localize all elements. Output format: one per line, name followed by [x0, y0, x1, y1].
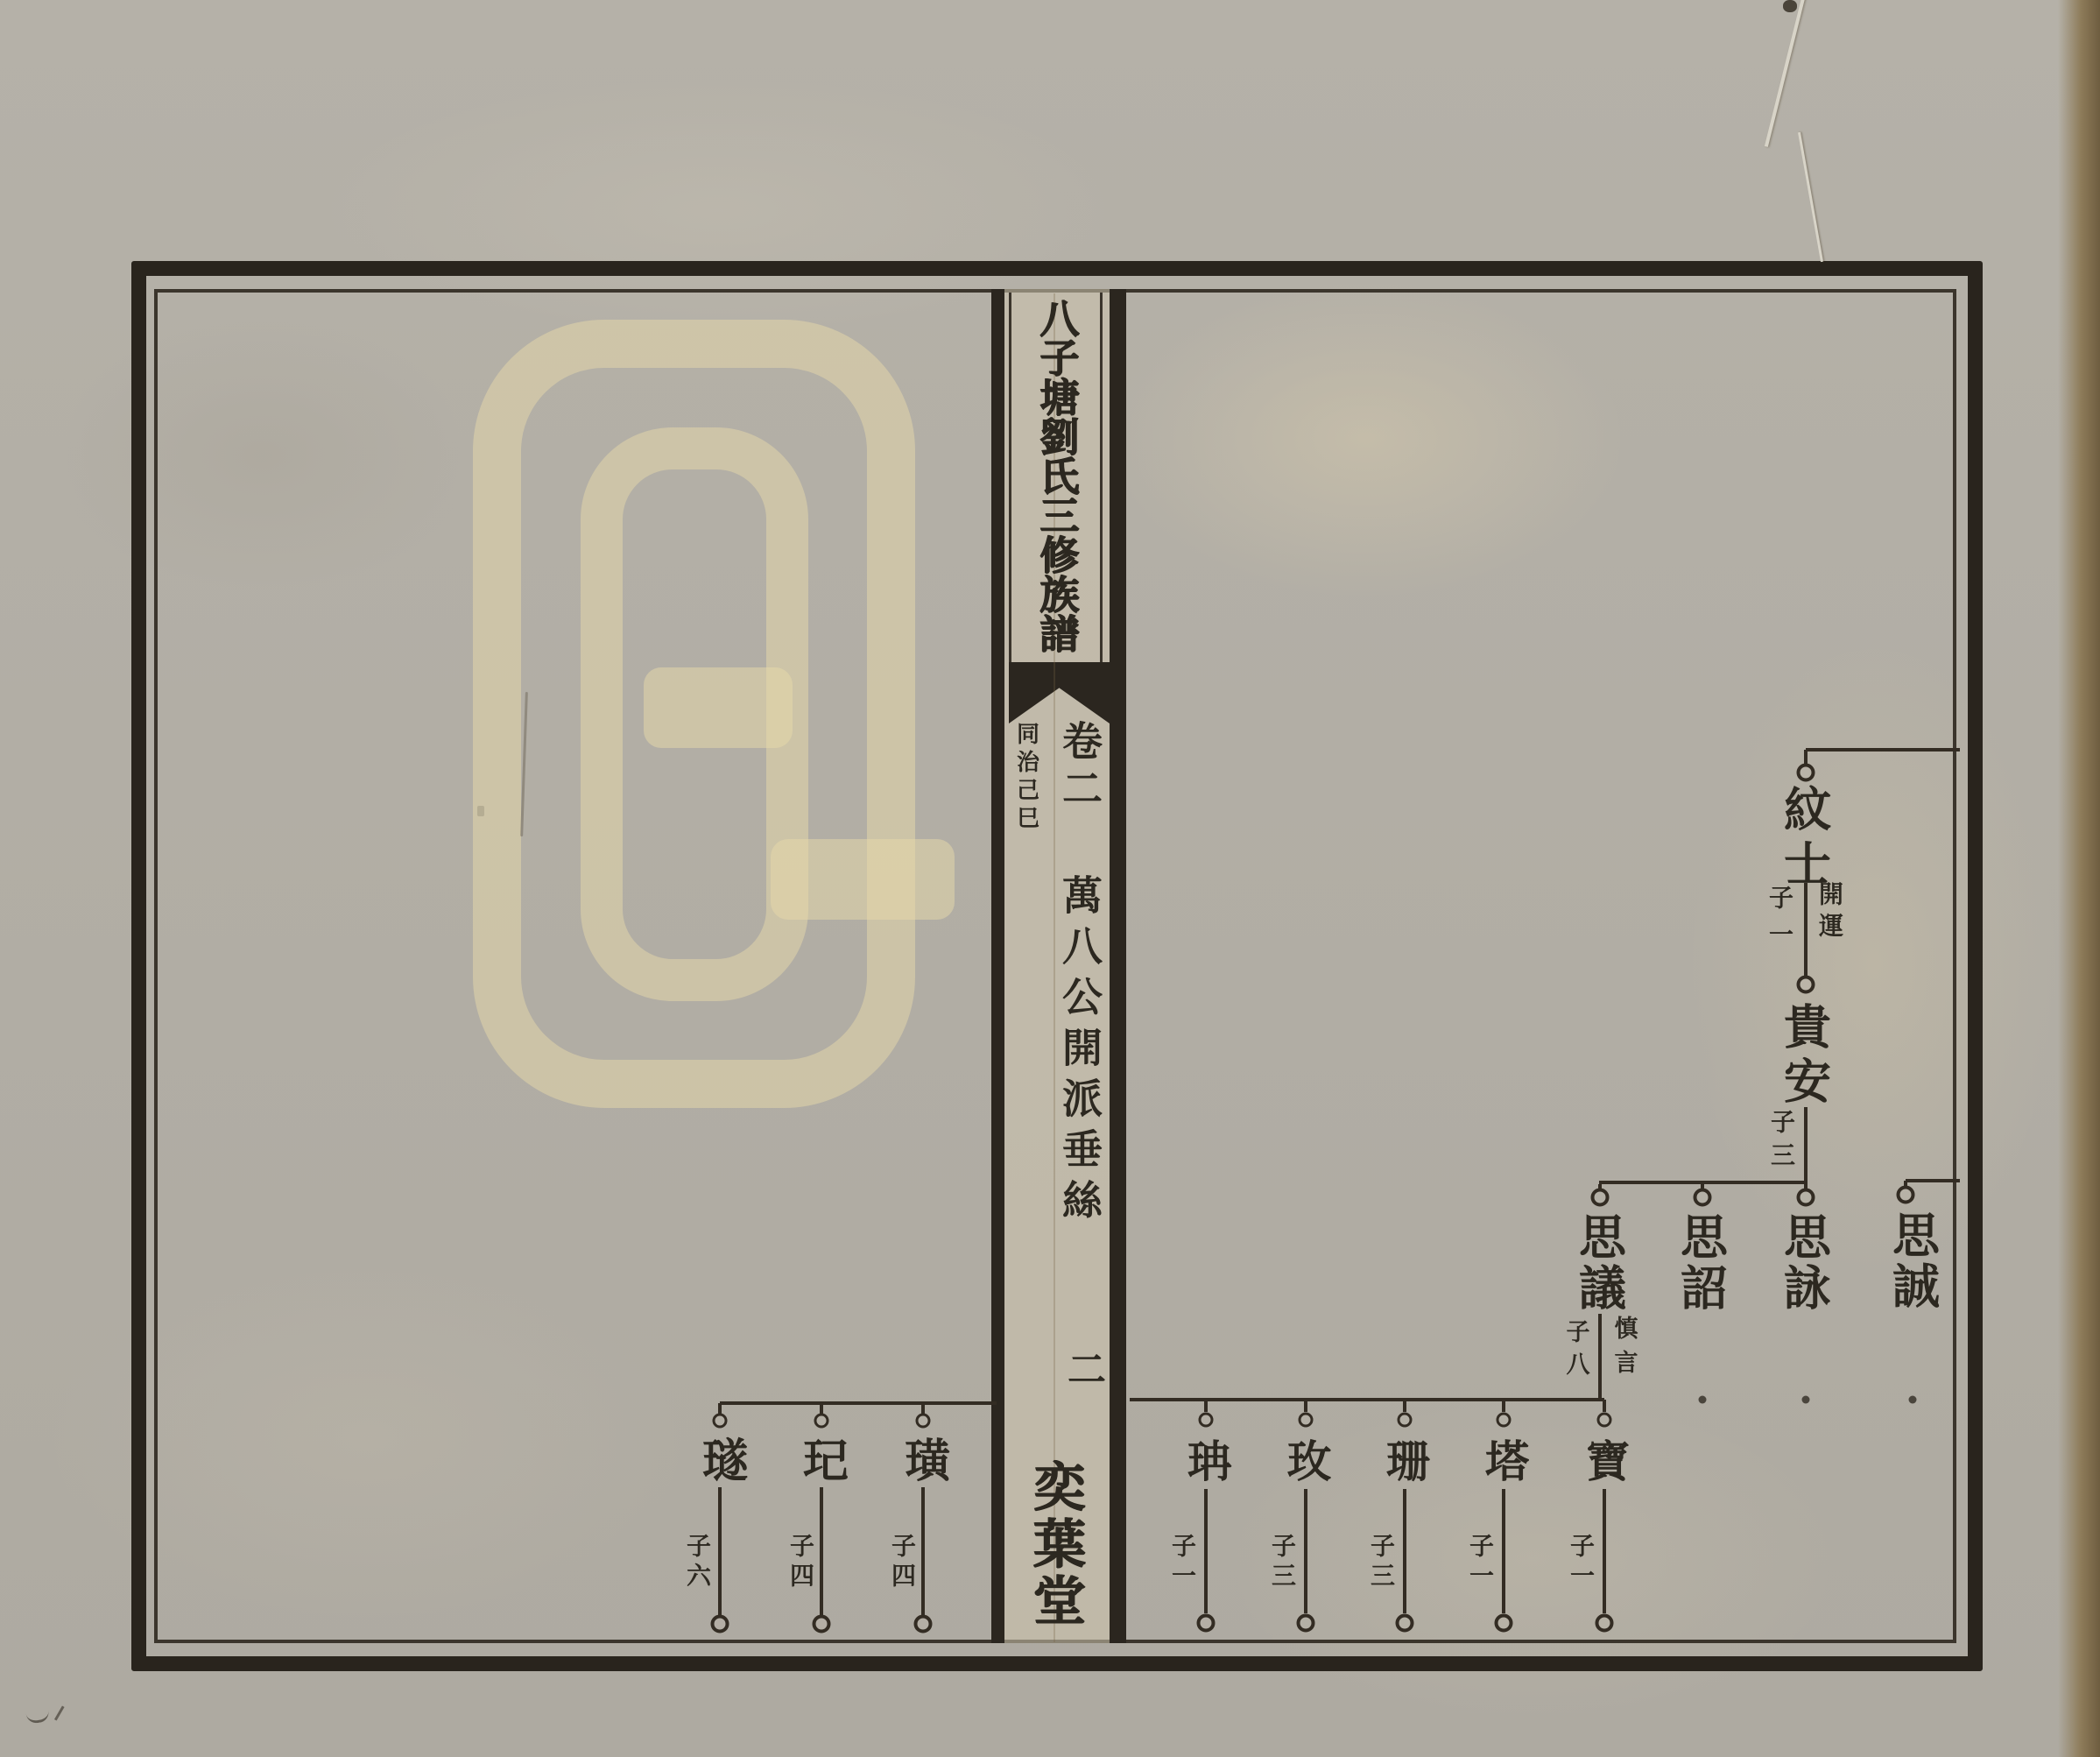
- gen3-node-circle: [1591, 1189, 1610, 1207]
- gen2-node-circle: [1797, 976, 1815, 994]
- gen4-sons-note: 子一: [1462, 1533, 1497, 1592]
- continuation-circle: [813, 1615, 831, 1634]
- descent-line: [1204, 1489, 1208, 1613]
- gen4-branch-line-left-page: [720, 1401, 997, 1405]
- gen4-node-circle: [916, 1414, 931, 1429]
- sibling-stub: [1502, 1400, 1505, 1412]
- descent-line: [921, 1487, 925, 1615]
- spine-right-rule: [1110, 289, 1126, 1643]
- gen4-node-circle: [1299, 1413, 1314, 1428]
- gen4-node-circle: [1597, 1413, 1612, 1428]
- gen4-name: 珊: [1373, 1438, 1436, 1482]
- gen4-node-circle: [1199, 1413, 1214, 1428]
- lineage-end-dot: [1699, 1396, 1707, 1404]
- gen4-branch-line-right-page: [1130, 1398, 1604, 1401]
- gen4-sons-note: 子一: [1165, 1533, 1200, 1592]
- gen4-sons-note: 子三: [1364, 1533, 1399, 1592]
- edge-link-line: [1906, 1179, 1960, 1182]
- gen3-node-circle: [1897, 1186, 1915, 1204]
- descent-line: [1304, 1489, 1307, 1613]
- ink-blemish: [1783, 0, 1797, 12]
- gen2-sons-note: 子三: [1764, 1109, 1799, 1175]
- continuation-circle: [1297, 1614, 1315, 1633]
- descent-line: [1603, 1489, 1606, 1613]
- ancestor-name: 紋士: [1771, 785, 1838, 893]
- ancestor-courtesy-name: 開運: [1812, 881, 1847, 944]
- gen4-node-circle: [1398, 1413, 1413, 1428]
- continuation-circle: [1495, 1614, 1513, 1633]
- book-title: 八子塘劉氏三修族譜: [1028, 298, 1085, 653]
- continuation-circle: [914, 1615, 933, 1634]
- sibling-stub: [1603, 1400, 1606, 1412]
- gen3-name: 思議: [1566, 1212, 1633, 1314]
- spine-left-rule: [991, 289, 1004, 1643]
- lineage-end-dot: [1909, 1396, 1917, 1404]
- gen3-name: 思詠: [1771, 1212, 1838, 1314]
- ancestor-sons-note: 子一: [1762, 885, 1797, 958]
- continuation-circle: [1596, 1614, 1614, 1633]
- sibling-stub: [1304, 1400, 1307, 1412]
- gen4-node-circle: [1497, 1413, 1512, 1428]
- gen3-node-circle: [1694, 1189, 1712, 1207]
- ancestor-node-circle: [1797, 764, 1815, 782]
- continuation-circle: [1396, 1614, 1414, 1633]
- gen4-name: 玘: [789, 1436, 855, 1482]
- page-number: 二: [1054, 1349, 1110, 1387]
- title-box-left-rule: [1009, 293, 1011, 664]
- gen4-sons-note: 子三: [1265, 1533, 1300, 1592]
- gen3-name: 思詔: [1667, 1212, 1735, 1314]
- section-title: 萬八公開派垂絲: [1051, 874, 1109, 1230]
- gen4-name: 寶: [1573, 1438, 1636, 1482]
- lineage-end-dot: [1802, 1396, 1810, 1404]
- ink-bleed-mark: [477, 806, 484, 816]
- gen4-name: 璲: [688, 1436, 754, 1482]
- gen4-name: 玫: [1274, 1438, 1337, 1482]
- gen3-courtesy-name: 慎言: [1607, 1316, 1641, 1384]
- gen4-node-circle: [713, 1414, 728, 1429]
- sibling-stub: [1204, 1400, 1208, 1412]
- scanned-genealogy-page: 八子塘劉氏三修族譜 卷二 同治己巳 萬八公開派垂絲 二 奕葉堂 紋士 開運 子一…: [0, 0, 2100, 1757]
- gen4-sons-note: 子四: [783, 1533, 818, 1592]
- descent-line: [1598, 1314, 1602, 1400]
- gen4-name: 璜: [891, 1436, 956, 1482]
- gen2-name: 貴安: [1771, 1002, 1838, 1111]
- gen4-name: 珃: [1174, 1438, 1237, 1482]
- title-box-right-rule: [1100, 293, 1103, 664]
- gen3-separate-name: 思誠: [1879, 1210, 1947, 1312]
- gen4-node-circle: [814, 1414, 829, 1429]
- gen4-sons-note: 子四: [884, 1533, 920, 1592]
- gen4-sons-note: 子六: [680, 1533, 715, 1592]
- descent-line: [1804, 883, 1808, 976]
- ancestor-stub-line: [1804, 750, 1808, 764]
- continuation-circle: [1197, 1614, 1216, 1633]
- descent-line: [1804, 1107, 1808, 1182]
- ancestor-link-line: [1806, 748, 1960, 751]
- gen3-node-circle: [1797, 1189, 1815, 1207]
- descent-line: [718, 1487, 722, 1615]
- volume-label: 卷二: [1051, 720, 1109, 815]
- hall-name: 奕葉堂: [1018, 1459, 1093, 1630]
- descent-line: [820, 1487, 823, 1615]
- sibling-stub: [1403, 1400, 1406, 1412]
- descent-line: [1502, 1489, 1505, 1613]
- era-date-label: 同治己巳: [1011, 722, 1043, 834]
- gen4-sons-note: 子一: [1563, 1533, 1598, 1592]
- continuation-circle: [711, 1615, 729, 1634]
- descent-line: [1403, 1489, 1406, 1613]
- gen3-sons-note: 子八: [1559, 1319, 1593, 1384]
- book-page-edge: [2058, 0, 2100, 1757]
- gen4-name: 塔: [1472, 1438, 1535, 1482]
